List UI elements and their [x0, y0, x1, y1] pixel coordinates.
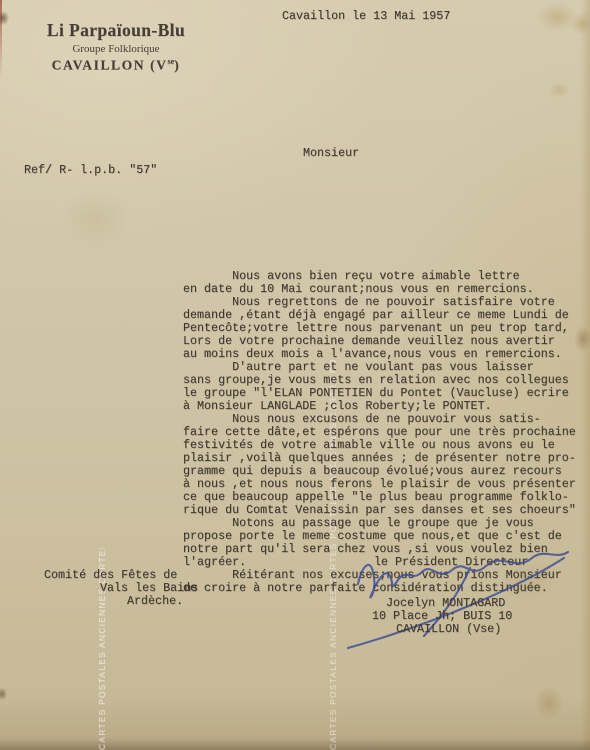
edge-red-mark — [0, 0, 2, 78]
org-city-text: CAVAILLON (V — [52, 58, 168, 73]
paper-stain — [536, 2, 578, 32]
scanned-letter: CARTES POSTALES ANCIENNES CARTES POSTALE… — [0, 0, 590, 750]
recipient-line-3: Ardèche. — [127, 595, 183, 608]
org-city: CAVAILLON (Vse) — [26, 57, 206, 74]
letterhead: Li Parpaïoun-Blu Groupe Folklorique CAVA… — [26, 20, 206, 74]
paper-stain — [534, 686, 564, 720]
date-line: Cavaillon le 13 Mai 1957 — [282, 10, 450, 23]
org-city-paren: ) — [174, 58, 180, 73]
org-type: Groupe Folklorique — [26, 43, 206, 55]
reference-line: Ref/ R- l.p.b. "57" — [24, 164, 157, 177]
paper-edge-shading — [0, 738, 590, 750]
salutation: Monsieur — [303, 147, 359, 160]
paper-stain — [60, 190, 130, 246]
paper-stain — [0, 688, 7, 700]
org-name: Li Parpaïoun-Blu — [26, 20, 206, 41]
paper-stain — [548, 82, 570, 98]
signer-address-2: CAVAILLON (Vse) — [396, 623, 501, 636]
